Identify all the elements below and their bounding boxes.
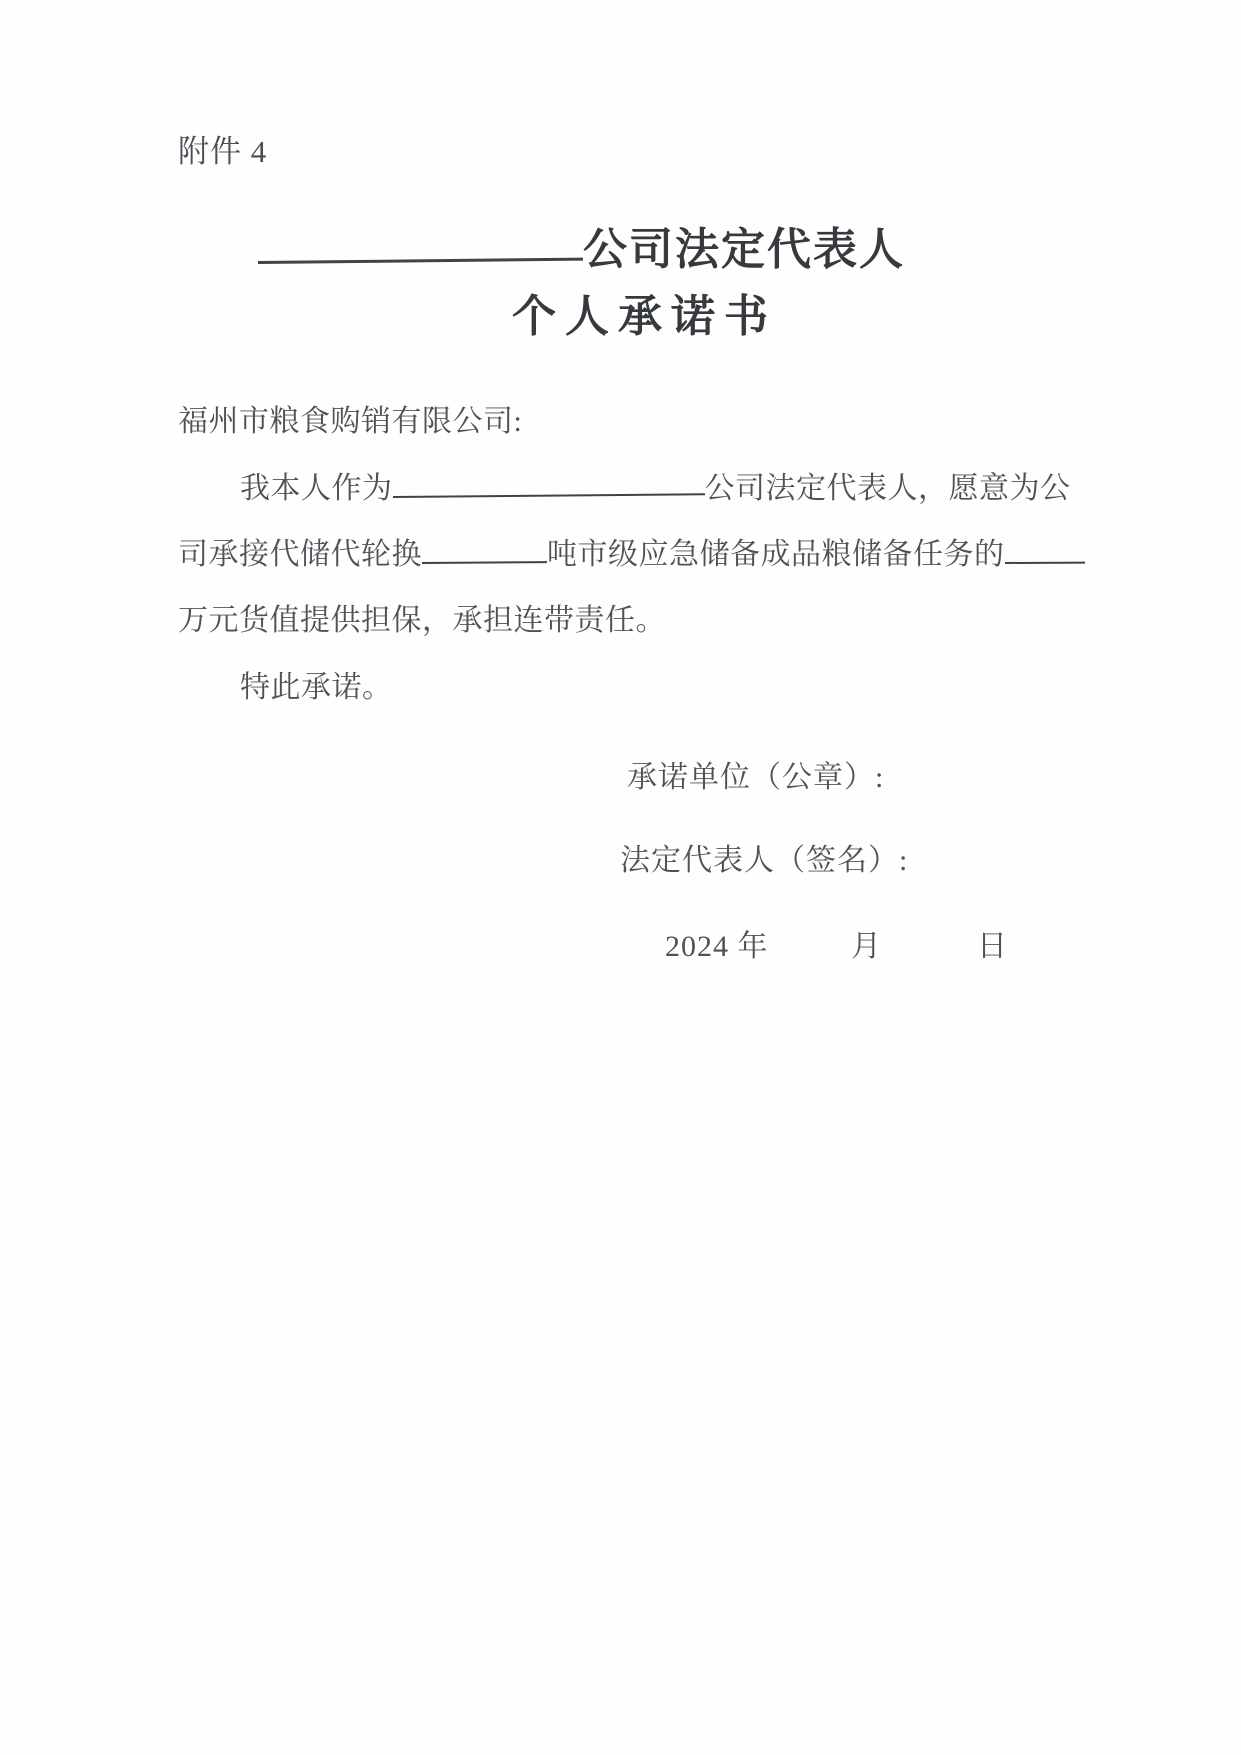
amount-blank-underline: [1004, 532, 1084, 564]
signature-representative-label: 法定代表人（签名）:: [620, 835, 908, 879]
document-title-line1: 公司法定代表人: [258, 213, 905, 277]
tonnage-blank-underline: [422, 531, 547, 564]
company-name-blank-underline: [258, 214, 583, 264]
document-page: 附件 4 公司法定代表人 个人承诺书 福州市粮食购销有限公司: 我本人作为公司法…: [0, 0, 1241, 1755]
title-line1-text: 公司法定代表人: [583, 225, 905, 274]
document-title-line2: 个人承诺书: [512, 280, 777, 344]
salutation: 福州市粮食购销有限公司:: [178, 396, 522, 440]
date-day: 日: [977, 921, 1008, 965]
closing-line: 特此承诺。: [240, 662, 393, 706]
body-line1-post: 公司法定代表人，愿意为公: [705, 472, 1071, 505]
signature-unit-label: 承诺单位（公章）:: [627, 752, 884, 796]
body-line-3: 万元货值提供担保，承担连带责任。: [178, 595, 666, 639]
body-line-2: 司承接代储代轮换吨市级应急储备成品粮储备任务的: [178, 529, 1085, 573]
body-line2-post: 吨市级应急储备成品粮储备任务的: [547, 538, 1005, 571]
attachment-label: 附件 4: [178, 126, 267, 171]
body-line1-pre: 我本人作为: [240, 472, 393, 505]
date-month: 月: [851, 921, 882, 965]
date-year: 2024 年: [665, 921, 769, 965]
representative-name-blank-underline: [392, 463, 704, 498]
body-line-1: 我本人作为公司法定代表人，愿意为公: [240, 463, 1071, 507]
body-line2-pre: 司承接代储代轮换: [178, 538, 422, 571]
